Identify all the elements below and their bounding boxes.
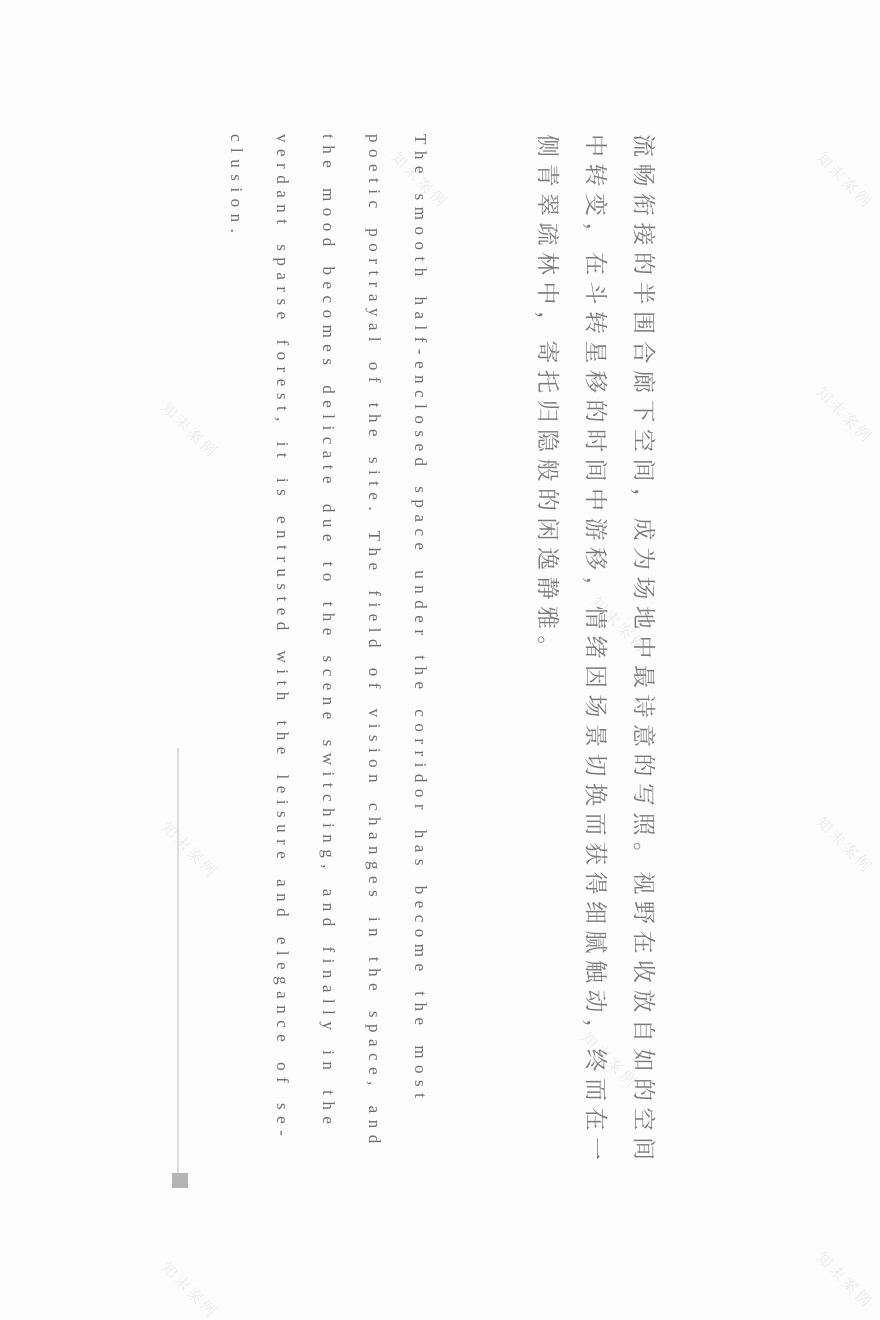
divider-line <box>177 748 179 1173</box>
chinese-paragraph: 流畅衔接的半围合廊下空间，成为场地中最诗意的写照。视野在收放自如的空间 中转变，… <box>523 134 667 1189</box>
english-line: the mood becomes delicate due to the sce… <box>305 134 351 1249</box>
english-line: poetic portrayal of the site. The field … <box>351 134 397 1249</box>
chinese-line: 侧青翠疏林中，寄托归隐般的闲逸静雅。 <box>523 134 571 1189</box>
watermark: 知末案例 <box>812 147 878 213</box>
english-paragraph: The smooth half-enclosed space under the… <box>213 134 443 1249</box>
watermark: 知末案例 <box>812 382 878 448</box>
chinese-line: 流畅衔接的半围合廊下空间，成为场地中最诗意的写照。视野在收放自如的空间 <box>619 134 667 1189</box>
english-line: clusion. <box>213 134 259 1249</box>
english-line: verdant sparse forest, it is entrusted w… <box>259 134 305 1249</box>
chinese-line: 中转变，在斗转星移的时间中游移，情绪因场景切换而获得细腻触动，终而在一 <box>571 134 619 1189</box>
watermark: 知末案例 <box>812 1247 878 1313</box>
watermark: 知末案例 <box>812 812 878 878</box>
document-page: 知末案例 知末案例 知末案例 知末案例 知末案例 知末案例 知末案例 知末案例 … <box>0 0 880 1320</box>
watermark: 知末案例 <box>157 1257 223 1320</box>
english-line: The smooth half-enclosed space under the… <box>397 134 443 1249</box>
divider-end-square <box>172 1173 188 1188</box>
